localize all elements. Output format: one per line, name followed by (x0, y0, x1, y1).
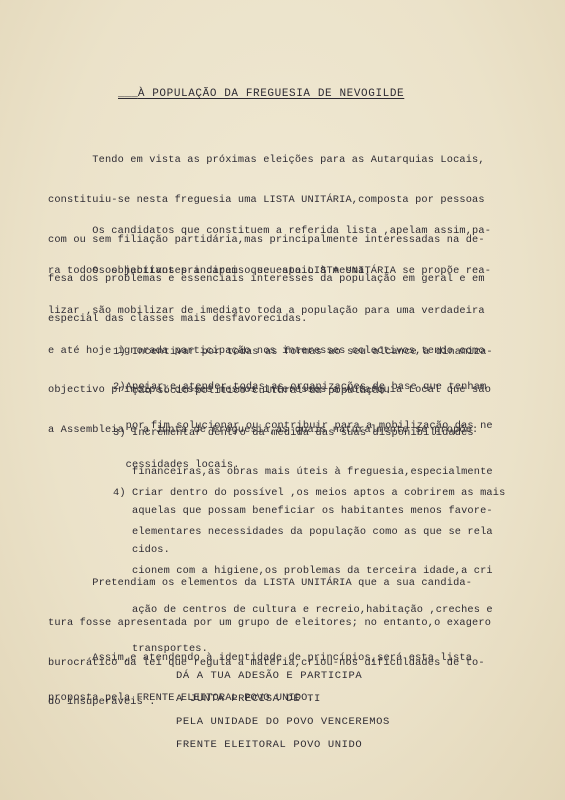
text-line: 2)Apoiar e atender todas as organizações… (113, 381, 553, 394)
text-line: 4) Criar dentro do possível ,os meios ap… (113, 487, 553, 500)
slogan-line: PELA UNIDADE DO POVO VENCEREMOS (176, 716, 390, 739)
text-line: Tendo em vista as próximas eleições para… (48, 154, 528, 167)
document-title: ___À POPULAÇÃO DA FREGUESIA DE NEVOGILDE (118, 88, 404, 100)
typewritten-leaflet: ___À POPULAÇÃO DA FREGUESIA DE NEVOGILDE… (0, 0, 565, 800)
slogan-line: DÁ A TUA ADESÃO E PARTICIPA (176, 670, 390, 693)
text-line: Assim,e atendendo à identidade de princí… (48, 652, 528, 665)
title-underline-leader: ___ (118, 88, 138, 100)
title-text: À POPULAÇÃO DA FREGUESIA DE NEVOGILDE (138, 88, 404, 100)
slogan-line: FRENTE ELEITORAL POVO UNIDO (176, 739, 390, 762)
text-line: elementares necessidades da população co… (113, 526, 553, 539)
slogan-line: A JUNTA PRECISA DE TI (176, 693, 390, 716)
slogans-block: DÁ A TUA ADESÃO E PARTICIPA A JUNTA PREC… (176, 670, 390, 762)
text-line: Pretendiam os elementos da LISTA UNITÁRI… (48, 577, 528, 590)
text-line: lizar ,são mobilizar de imediato toda a … (48, 305, 528, 318)
text-line: Os objectivos principais que esta LISTA … (48, 265, 528, 278)
text-line: 3) Incrementar dentro da medida das suas… (113, 427, 553, 440)
text-line: Os candidatos que constituem a referida … (48, 225, 528, 238)
